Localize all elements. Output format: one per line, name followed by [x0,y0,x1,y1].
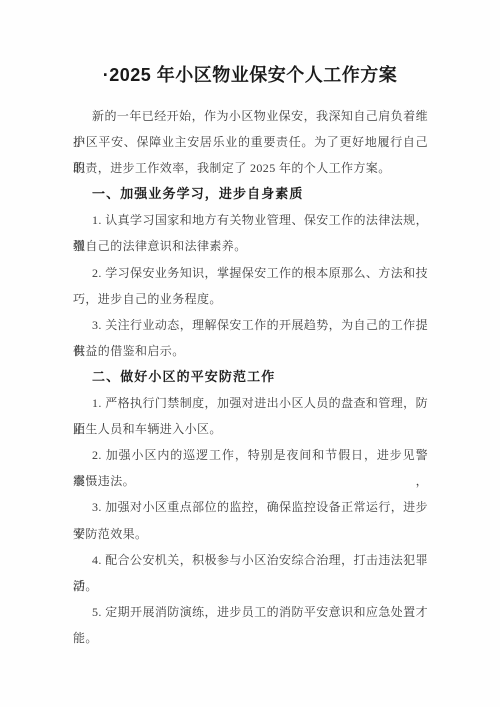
text-line: 职责，进步工作效率，我制定了 2025 年的个人工作方案。 [73,155,428,181]
text-line: 2. 学习保安业务知识，掌握保安工作的根本原那么、方法和技 [73,260,428,286]
text-line: 强自己的法律意识和法律素养。 [73,233,428,259]
text-line: 新的一年已经开始，作为小区物业保安，我深知自己肩负着维护 [73,103,428,129]
text-line: 能。 [73,625,428,651]
text-line: 1. 认真学习国家和地方有关物业管理、保安工作的法律法规，增 [73,207,428,233]
section-heading: 一、加强业务学习，进步自身素质 [73,181,428,207]
text-line: 5. 定期开展消防演练，进步员工的消防平安意识和应急处置才 [73,599,428,625]
text-line: 2. 加强小区内的巡逻工作，特别是夜间和节假日，进步见警率， [73,442,428,468]
text-line: 1. 严格执行门禁制度，加强对进出小区人员的盘查和管理，防止 [73,390,428,416]
section-heading: 二、做好小区的平安防范工作 [73,364,428,390]
text-line: 动。 [73,573,428,599]
text-line: 有益的借鉴和启示。 [73,338,428,364]
text-line: 陌生人员和车辆进入小区。 [73,416,428,442]
text-line: 安防范效果。 [73,521,428,547]
text-line: 4. 配合公安机关，积极参与小区治安综合治理，打击违法犯罪活 [73,547,428,573]
text-line: 巧，进步自己的业务程度。 [73,286,428,312]
document-body: 新的一年已经开始，作为小区物业保安，我深知自己肩负着维护 小区平安、保障业主安居… [73,103,428,651]
text-line: 小区平安、保障业主安居乐业的重要责任。为了更好地履行自己的 [73,129,428,155]
text-line: 3. 加强对小区重点部位的监控，确保监控设备正常运行，进步平 [73,494,428,520]
text-line: 3. 关注行业动态，理解保安工作的开展趋势，为自己的工作提供 [73,312,428,338]
document-title: ·2025 年小区物业保安个人工作方案 [0,60,500,90]
document-page: ·2025 年小区物业保安个人工作方案 新的一年已经开始，作为小区物业保安，我深… [0,0,500,707]
